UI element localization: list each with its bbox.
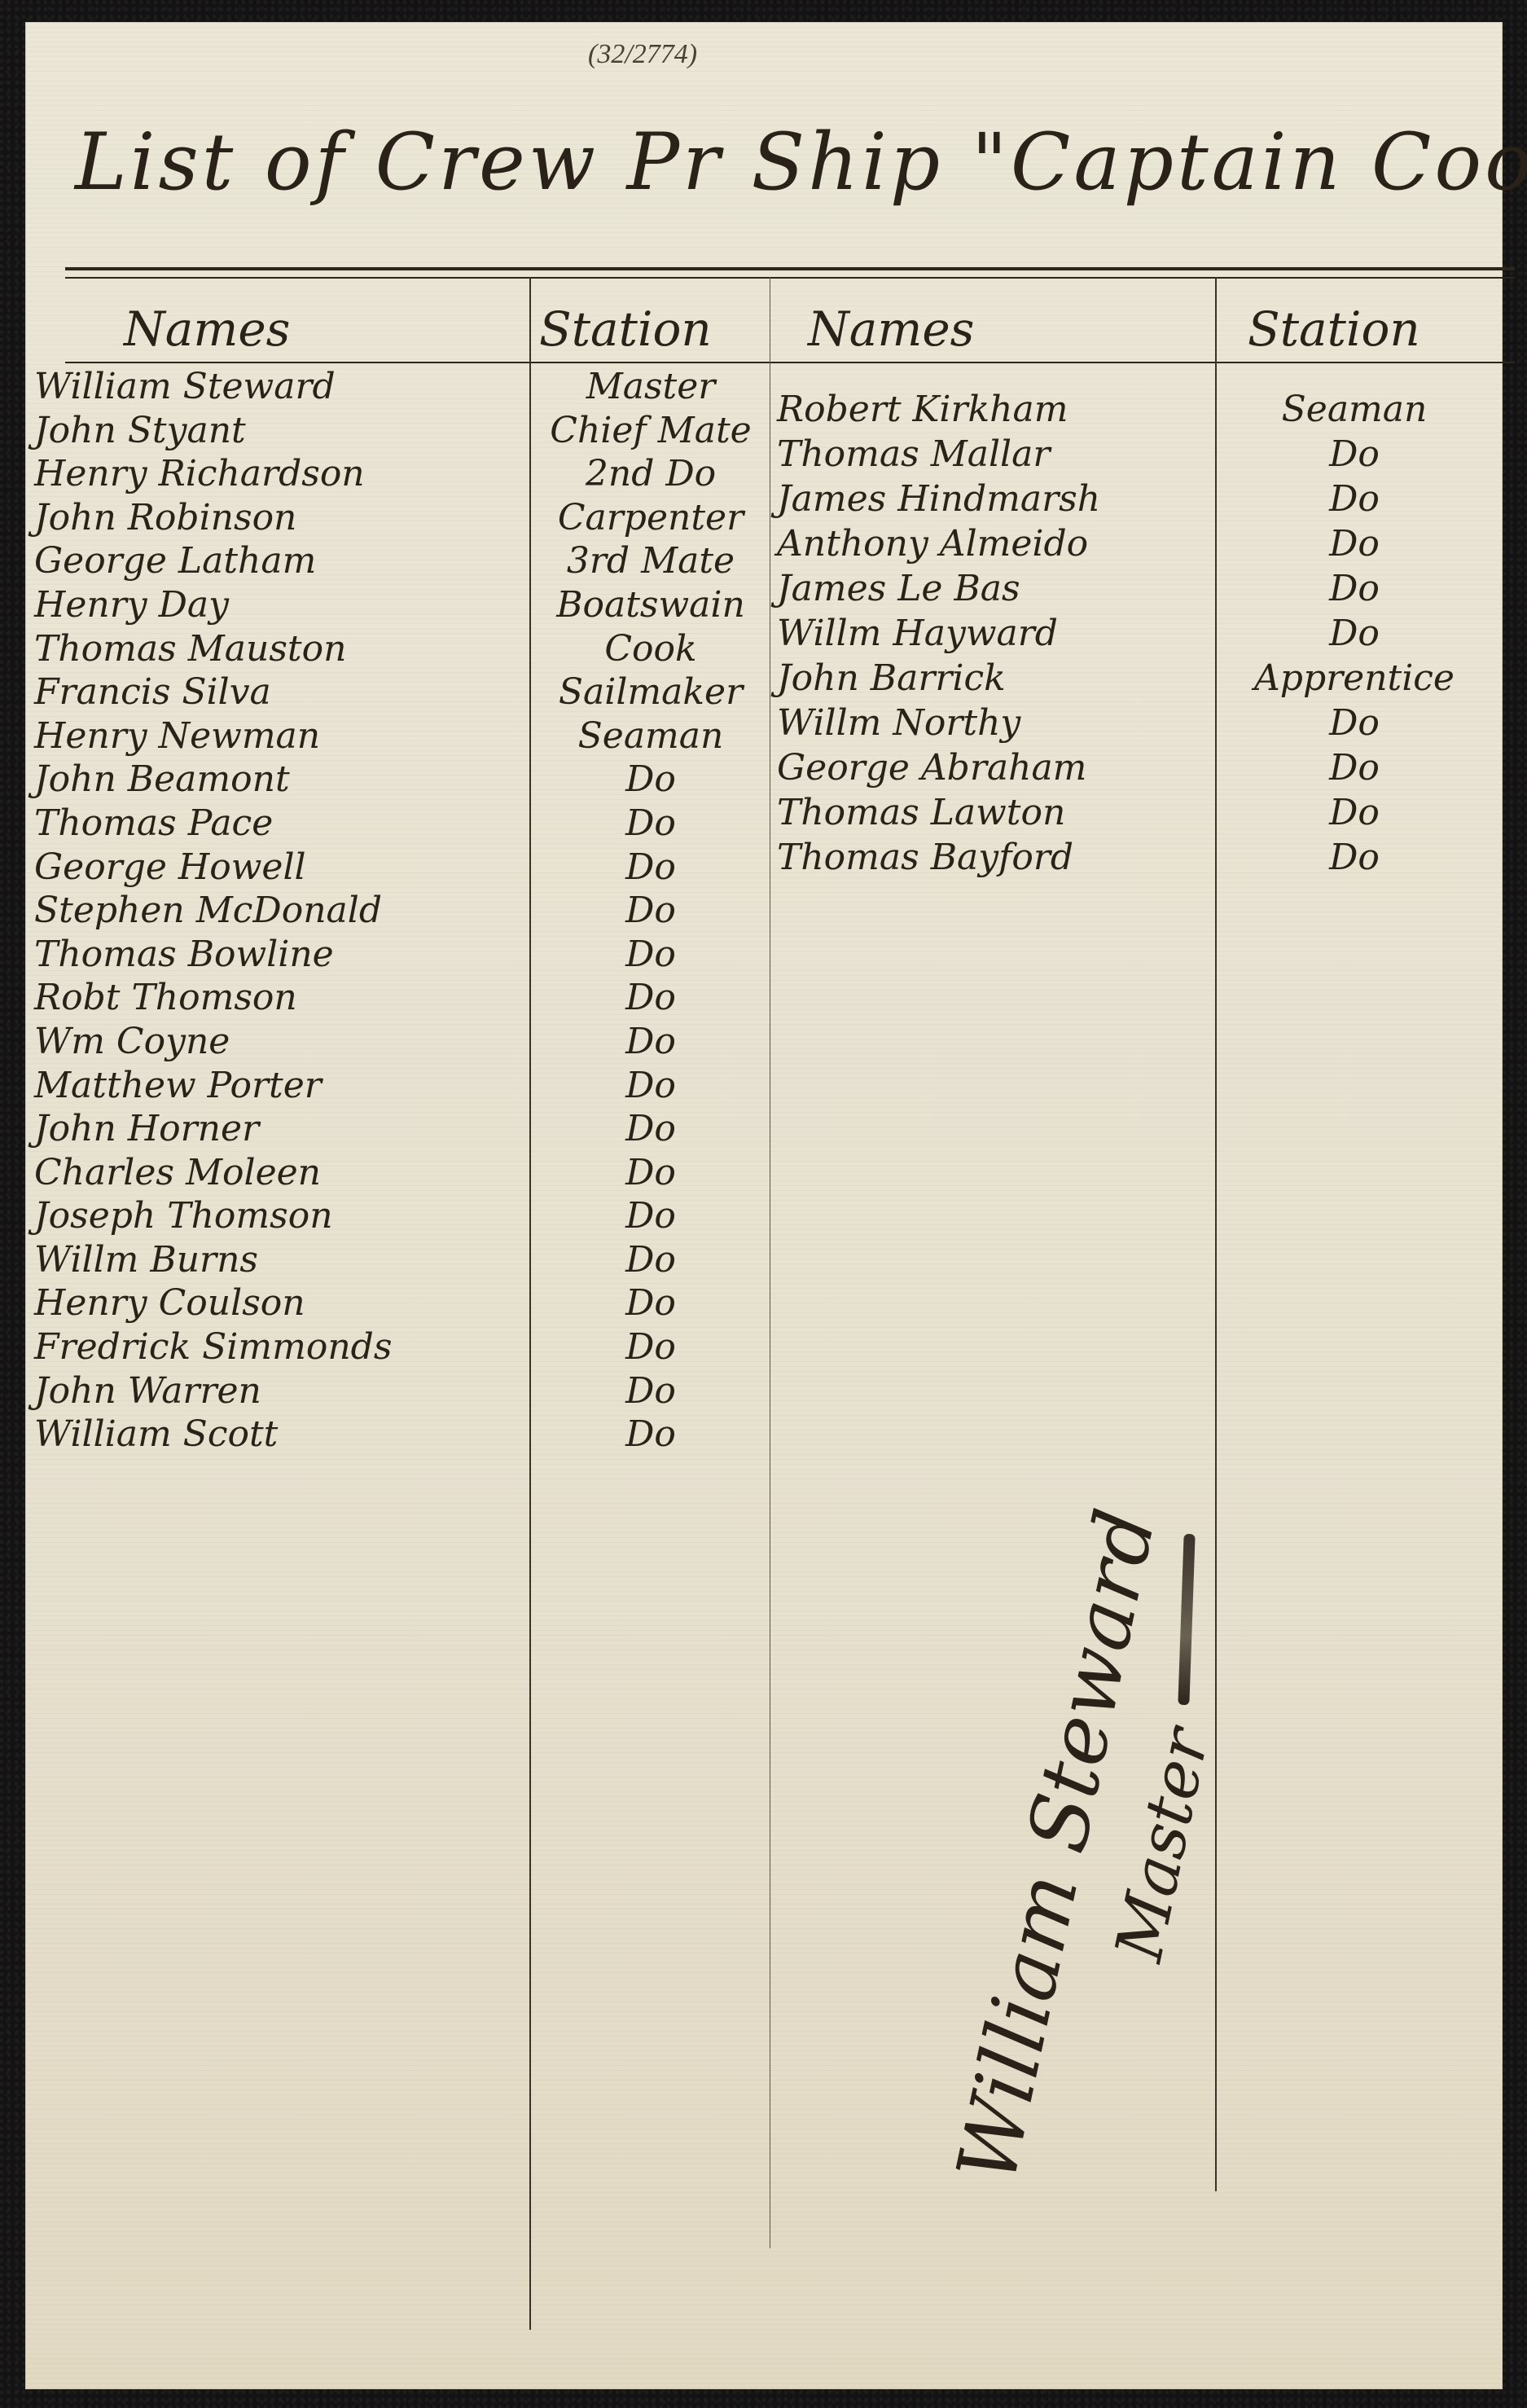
document-title: List of Crew Pr Ship "Captain Cook"	[75, 116, 1527, 208]
crew-station: Chief Mate	[533, 409, 769, 453]
header-station-left: Station	[539, 301, 712, 357]
crew-station: Do	[533, 846, 769, 890]
crew-station: Do	[533, 889, 769, 933]
crew-name: Stephen McDonald	[34, 889, 523, 933]
crew-station: Seaman	[1220, 388, 1489, 433]
crew-station: Master	[533, 365, 769, 409]
crew-station: Do	[533, 1194, 769, 1238]
crew-station: Do	[533, 933, 769, 977]
header-names-left: Names	[124, 301, 290, 357]
crew-name: Thomas Bayford	[777, 836, 1209, 881]
crew-station: Seaman	[533, 714, 769, 758]
header-station-right: Station	[1248, 301, 1420, 357]
crew-station: Do	[1220, 746, 1489, 791]
crew-name: Wm Coyne	[34, 1020, 523, 1064]
crew-name: James Hindmarsh	[777, 477, 1209, 522]
master-signature: William Steward Master	[853, 1457, 1260, 2271]
column-divider-1	[529, 277, 531, 2330]
crew-name: Thomas Pace	[34, 802, 523, 846]
crew-name: Thomas Mallar	[777, 433, 1209, 477]
crew-name: Henry Newman	[34, 714, 523, 758]
crew-station: Do	[533, 1281, 769, 1325]
left-station-column: Master Chief Mate 2nd Do Carpenter 3rd M…	[533, 365, 769, 1457]
column-divider-2	[770, 277, 770, 2248]
crew-station: Do	[1220, 433, 1489, 477]
crew-station: Do	[533, 1238, 769, 1282]
crew-station: Do	[1220, 567, 1489, 612]
crew-station: Boatswain	[533, 583, 769, 627]
crew-name: John Robinson	[34, 496, 523, 540]
crew-name: Francis Silva	[34, 670, 523, 714]
crew-station: Do	[533, 1107, 769, 1151]
crew-station: Do	[533, 976, 769, 1020]
header-underline	[65, 362, 1515, 363]
right-names-column: Robert Kirkham Thomas Mallar James Hindm…	[777, 388, 1209, 881]
crew-station: Do	[1220, 836, 1489, 881]
crew-name: Matthew Porter	[34, 1064, 523, 1108]
reference-number: (32/2774)	[588, 39, 697, 70]
crew-name: Willm Northy	[777, 701, 1209, 746]
right-station-column: Seaman Do Do Do Do Do Apprentice Do Do D…	[1220, 388, 1489, 881]
crew-name: John Horner	[34, 1107, 523, 1151]
crew-station: Do	[1220, 701, 1489, 746]
title-rule-bottom	[65, 277, 1515, 279]
crew-name: Thomas Mauston	[34, 627, 523, 671]
crew-station: Do	[533, 758, 769, 802]
crew-station: Do	[533, 1369, 769, 1413]
crew-station: Do	[533, 1151, 769, 1195]
crew-station: 2nd Do	[533, 452, 769, 496]
crew-name: James Le Bas	[777, 567, 1209, 612]
crew-name: Robt Thomson	[34, 976, 523, 1020]
crew-station: Sailmaker	[533, 670, 769, 714]
crew-name: William Scott	[34, 1413, 523, 1457]
crew-name: Joseph Thomson	[34, 1194, 523, 1238]
crew-name: John Styant	[34, 409, 523, 453]
crew-name: Willm Burns	[34, 1238, 523, 1282]
crew-name: Henry Richardson	[34, 452, 523, 496]
crew-name: Willm Hayward	[777, 612, 1209, 657]
crew-name: Anthony Almeido	[777, 522, 1209, 567]
crew-name: John Barrick	[777, 657, 1209, 701]
crew-station: Do	[533, 1064, 769, 1108]
crew-name: George Howell	[34, 846, 523, 890]
header-names-right: Names	[808, 301, 974, 357]
crew-station: 3rd Mate	[533, 539, 769, 583]
crew-name: Fredrick Simmonds	[34, 1325, 523, 1369]
crew-name: Thomas Bowline	[34, 933, 523, 977]
crew-station: Do	[1220, 791, 1489, 836]
title-rule-top	[65, 267, 1515, 270]
crew-station: Do	[533, 1413, 769, 1457]
document-page: (32/2774) List of Crew Pr Ship "Captain …	[26, 23, 1502, 2388]
crew-station: Do	[1220, 612, 1489, 657]
crew-name: Henry Day	[34, 583, 523, 627]
crew-station: Do	[533, 1020, 769, 1064]
crew-name: Charles Moleen	[34, 1151, 523, 1195]
crew-name: Thomas Lawton	[777, 791, 1209, 836]
crew-station: Apprentice	[1220, 657, 1489, 701]
crew-name: William Steward	[34, 365, 523, 409]
crew-station: Do	[1220, 477, 1489, 522]
crew-name: Henry Coulson	[34, 1281, 523, 1325]
crew-name: George Latham	[34, 539, 523, 583]
crew-station: Do	[533, 802, 769, 846]
crew-station: Do	[1220, 522, 1489, 567]
crew-name: John Warren	[34, 1369, 523, 1413]
crew-name: Robert Kirkham	[777, 388, 1209, 433]
crew-station: Do	[533, 1325, 769, 1369]
crew-name: George Abraham	[777, 746, 1209, 791]
left-names-column: William Steward John Styant Henry Richar…	[34, 365, 523, 1457]
crew-station: Cook	[533, 627, 769, 671]
crew-name: John Beamont	[34, 758, 523, 802]
crew-station: Carpenter	[533, 496, 769, 540]
